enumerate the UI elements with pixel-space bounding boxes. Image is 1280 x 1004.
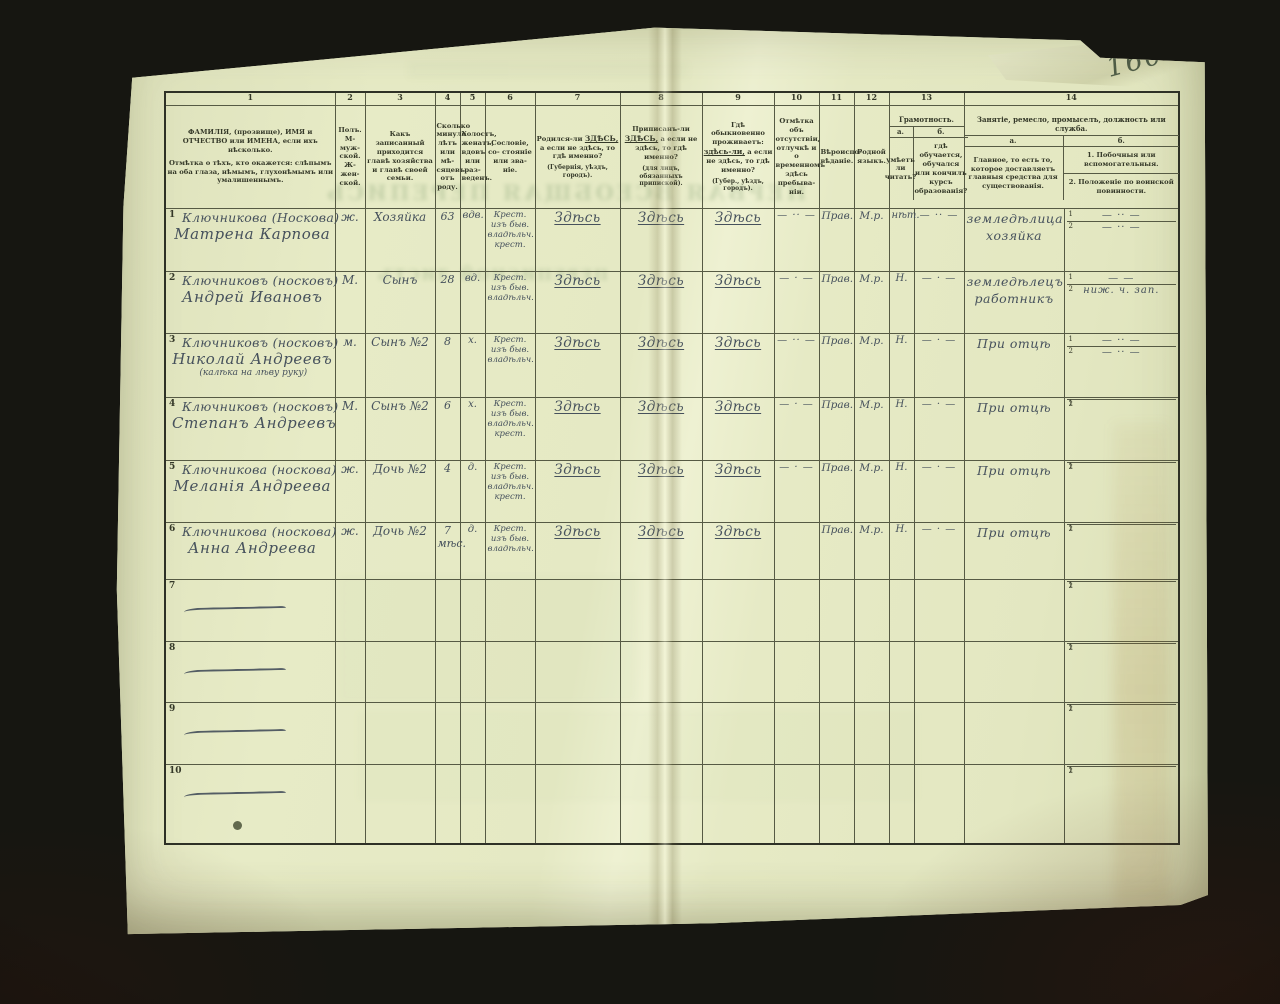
- col-num-11: 11: [819, 92, 854, 106]
- cell-estate: [485, 764, 535, 844]
- cell-birthplace: [535, 764, 620, 844]
- cell-relation: [365, 764, 435, 844]
- cell-side-occupation: 1 — — 2 ниж. ч. зап.: [1064, 271, 1179, 333]
- cell-absence-note: — · —: [774, 271, 819, 333]
- cell-registration: Здѣсь: [620, 333, 702, 397]
- military-status-box: 2 ниж. ч. зап.: [1067, 285, 1177, 296]
- cell-can-read: [889, 764, 914, 844]
- cell-registration: [620, 764, 702, 844]
- cell-absence-note: [774, 522, 819, 579]
- cell-estate: Крест. изъ быв. владѣльч. крест.: [485, 208, 535, 271]
- cell-education: — · —: [914, 460, 964, 522]
- cell-name: 1 Ключникова (Носкова) Матрена Карпова: [165, 208, 335, 271]
- cell-education: — · —: [914, 333, 964, 397]
- cell-side-occupation: 1 2: [1064, 397, 1179, 460]
- cell-sex: ж.: [335, 522, 365, 579]
- surname-line: Ключникова (носкова): [182, 524, 333, 539]
- cell-age: 28: [435, 271, 460, 333]
- sub-label-1: 1: [1069, 210, 1073, 218]
- cell-absence-note: — · —: [774, 460, 819, 522]
- cell-birthplace: Здѣсь: [535, 271, 620, 333]
- page-number-annotation: 160: [1103, 39, 1167, 84]
- cell-name: 7: [165, 579, 335, 641]
- col-num-2: 2: [335, 92, 365, 106]
- col-num-8: 8: [620, 92, 702, 106]
- cell-marital-status: х.: [460, 397, 485, 460]
- side-occupation-box: 1: [1067, 399, 1177, 400]
- cell-religion: [819, 764, 854, 844]
- crossed-out-line: [184, 668, 286, 675]
- cell-name: 9: [165, 702, 335, 764]
- column-header-registration: Приписанъ-ли ЗДѢСЬ, а если не здѣсь, то …: [620, 106, 702, 209]
- sub-label-1: 1: [1069, 273, 1073, 281]
- table-row: 4 Ключниковъ (носковъ) Степанъ Андреевъ …: [165, 397, 1179, 460]
- crossed-out-line: [184, 791, 286, 798]
- sub-label-2: 2: [1069, 644, 1073, 652]
- cell-estate: Крест. изъ быв. владѣльч.: [485, 271, 535, 333]
- surname-line: Ключниковъ (носковъ): [182, 399, 333, 414]
- cell-absence-note: [774, 764, 819, 844]
- cell-residence: [702, 702, 774, 764]
- row-number: 2: [169, 273, 175, 283]
- cell-residence: [702, 641, 774, 702]
- cell-main-occupation: земледѣлецъ работникъ: [964, 271, 1064, 333]
- cell-native-language: М.р.: [854, 522, 889, 579]
- column-header-religion: Вѣроиспо- вѣданіе.: [819, 106, 854, 209]
- cell-age: 4: [435, 460, 460, 522]
- cell-estate: Крест. изъ быв. владѣльч. крест.: [485, 397, 535, 460]
- cell-absence-note: — ·· —: [774, 208, 819, 271]
- cell-marital-status: [460, 641, 485, 702]
- given-name-line: Анна Андреева: [172, 539, 333, 557]
- row-number: 1: [169, 210, 175, 220]
- cell-main-occupation: При отцѣ: [964, 333, 1064, 397]
- cell-side-occupation: 1 2: [1064, 522, 1179, 579]
- cell-relation: Сынъ №2: [365, 397, 435, 460]
- cell-age: 6: [435, 397, 460, 460]
- column-header-estate: Сословіе, со- стояніе или зва- ніе.: [485, 106, 535, 209]
- cell-sex: ж.: [335, 460, 365, 522]
- cell-birthplace: [535, 641, 620, 702]
- col-num-6: 6: [485, 92, 535, 106]
- cell-absence-note: — ·· —: [774, 333, 819, 397]
- side-occupation-box: 1: [1067, 766, 1177, 767]
- cell-birthplace: [535, 579, 620, 641]
- column-header-row: ФАМИЛІЯ, (прозвище), ИМЯ и ОТЧЕСТВО или …: [165, 106, 1179, 209]
- cell-education: [914, 579, 964, 641]
- col-num-10: 10: [774, 92, 819, 106]
- cell-native-language: М.р.: [854, 208, 889, 271]
- side-occupation-box: 1: [1067, 462, 1177, 463]
- crossed-out-line: [184, 729, 286, 736]
- sub-label-2: 2: [1069, 767, 1073, 775]
- cell-relation: Хозяйка: [365, 208, 435, 271]
- cell-relation: Сынъ: [365, 271, 435, 333]
- table-row: 5 Ключникова (носкова) Меланія Андреева …: [165, 460, 1179, 522]
- cell-main-occupation: [964, 641, 1064, 702]
- row-number: 7: [169, 581, 175, 591]
- column-number-row: 1 2 3 4 5 6 7 8 9 10 11 12 13 14: [165, 92, 1179, 106]
- scanned-census-screenshot: ПЕРВАЯ ВСЕОБЩАЯ ПЕРЕПИСЬ ПЕРЕПИСНОЙ ЛИСТ…: [0, 0, 1280, 1004]
- ink-blot: [233, 821, 242, 830]
- cell-sex: М.: [335, 271, 365, 333]
- row-number: 4: [169, 399, 175, 409]
- column-header-language: Родной языкъ.: [854, 106, 889, 209]
- cell-side-occupation: 1 2: [1064, 641, 1179, 702]
- cell-can-read: Н.: [889, 271, 914, 333]
- cell-side-occupation: 1 — ·· — 2 — ·· —: [1064, 333, 1179, 397]
- cell-marital-status: д.: [460, 460, 485, 522]
- surname-line: Ключниковъ (носковъ): [182, 335, 333, 350]
- given-name-line: Николай Андреевъ: [172, 350, 333, 368]
- cell-age: [435, 579, 460, 641]
- col-num-7: 7: [535, 92, 620, 106]
- given-name-line: Меланія Андреева: [172, 477, 333, 495]
- cell-can-read: [889, 579, 914, 641]
- sub-label-2: 2: [1069, 400, 1073, 408]
- cell-marital-status: [460, 702, 485, 764]
- cell-estate: [485, 641, 535, 702]
- given-name-line: Матрена Карпова: [172, 225, 333, 243]
- cell-education: — · —: [914, 522, 964, 579]
- table-row: 7 1 2: [165, 579, 1179, 641]
- table-row: 8 1 2: [165, 641, 1179, 702]
- table-row: 6 Ключникова (носкова) Анна Андреева ж. …: [165, 522, 1179, 579]
- sub-label-2: 2: [1069, 582, 1073, 590]
- cell-age: [435, 702, 460, 764]
- cell-birthplace: Здѣсь: [535, 208, 620, 271]
- cell-sex: [335, 702, 365, 764]
- cell-main-occupation: При отцѣ: [964, 460, 1064, 522]
- col-num-4: 4: [435, 92, 460, 106]
- cell-native-language: [854, 641, 889, 702]
- table-row: 2 Ключниковъ (носковъ) Андрей Ивановъ М.…: [165, 271, 1179, 333]
- side-occupation-box: 1: [1067, 704, 1177, 705]
- cell-age: 7 мѣс.: [435, 522, 460, 579]
- cell-can-read: Н.: [889, 397, 914, 460]
- cell-native-language: М.р.: [854, 460, 889, 522]
- surname-line: Ключникова (Носкова): [182, 210, 333, 225]
- cell-marital-status: вд.: [460, 271, 485, 333]
- cell-residence: Здѣсь: [702, 522, 774, 579]
- cell-religion: Прав.: [819, 271, 854, 333]
- sub-label-1: 1: [1069, 335, 1073, 343]
- cell-residence: Здѣсь: [702, 271, 774, 333]
- side-occupation-box: 1: [1067, 581, 1177, 582]
- cell-name: 8: [165, 641, 335, 702]
- name-note-line: (калѣка на лѣву руку): [174, 368, 333, 378]
- cell-education: — · —: [914, 271, 964, 333]
- cell-absence-note: — · —: [774, 397, 819, 460]
- column-header-marital: Холостъ, женатъ, вдовъ или раз- веденъ.: [460, 106, 485, 209]
- side-occupation-box: 1 — ·· —: [1067, 335, 1177, 347]
- column-header-occupation: Занятіе, ремесло, промыселъ, должность и…: [964, 106, 1179, 209]
- col-num-9: 9: [702, 92, 774, 106]
- cell-religion: Прав.: [819, 397, 854, 460]
- cell-can-read: нѣт.: [889, 208, 914, 271]
- cell-relation: [365, 579, 435, 641]
- sub-label-2: 2: [1069, 525, 1073, 533]
- cell-residence: Здѣсь: [702, 333, 774, 397]
- cell-registration: Здѣсь: [620, 397, 702, 460]
- row-number: 5: [169, 462, 175, 472]
- table-row: 9 1 2: [165, 702, 1179, 764]
- cell-native-language: [854, 702, 889, 764]
- row-number: 10: [169, 766, 182, 776]
- col-num-13: 13: [889, 92, 964, 106]
- military-status-box: 2 — ·· —: [1067, 347, 1177, 358]
- cell-registration: Здѣсь: [620, 522, 702, 579]
- cell-main-occupation: [964, 702, 1064, 764]
- surname-line: Ключникова (носкова): [182, 462, 333, 477]
- cell-registration: Здѣсь: [620, 208, 702, 271]
- cell-main-occupation: При отцѣ: [964, 522, 1064, 579]
- column-header-name: ФАМИЛІЯ, (прозвище), ИМЯ и ОТЧЕСТВО или …: [165, 106, 335, 209]
- column-header-residence: Гдѣ обыкновенно проживаетъ: здѣсь-ли, а …: [702, 106, 774, 209]
- sub-label-2: 2: [1069, 347, 1073, 355]
- cell-estate: Крест. изъ быв. владѣльч. крест.: [485, 460, 535, 522]
- cell-religion: [819, 579, 854, 641]
- cell-absence-note: [774, 702, 819, 764]
- cell-estate: [485, 702, 535, 764]
- cell-can-read: [889, 702, 914, 764]
- col-num-3: 3: [365, 92, 435, 106]
- cell-residence: Здѣсь: [702, 208, 774, 271]
- cell-residence: Здѣсь: [702, 460, 774, 522]
- cell-marital-status: вдв.: [460, 208, 485, 271]
- column-header-sex: Полъ. М-муж- ской. Ж-жен- ской.: [335, 106, 365, 209]
- row-number: 6: [169, 524, 175, 534]
- census-form-page: ПЕРВАЯ ВСЕОБЩАЯ ПЕРЕПИСЬ ПЕРЕПИСНОЙ ЛИСТ…: [108, 24, 1208, 936]
- cell-residence: [702, 579, 774, 641]
- row-number: 9: [169, 704, 175, 714]
- cell-marital-status: д.: [460, 522, 485, 579]
- sub-label-2: 2: [1069, 222, 1073, 230]
- cell-age: [435, 641, 460, 702]
- sub-label-2: 2: [1069, 463, 1073, 471]
- cell-relation: Дочь №2: [365, 522, 435, 579]
- cell-birthplace: Здѣсь: [535, 522, 620, 579]
- cell-name: 6 Ключникова (носкова) Анна Андреева: [165, 522, 335, 579]
- cell-education: [914, 641, 964, 702]
- table-row: 10 1 2: [165, 764, 1179, 844]
- cell-main-occupation: земледѣлица хозяйка: [964, 208, 1064, 271]
- cell-name: 2 Ключниковъ (носковъ) Андрей Ивановъ: [165, 271, 335, 333]
- cell-relation: Сынъ №2: [365, 333, 435, 397]
- column-header-relation: Какъ записанный приходится главѣ хозяйст…: [365, 106, 435, 209]
- cell-sex: ж.: [335, 208, 365, 271]
- cell-native-language: [854, 579, 889, 641]
- cell-age: 63: [435, 208, 460, 271]
- cell-religion: [819, 641, 854, 702]
- cell-birthplace: Здѣсь: [535, 397, 620, 460]
- col-num-14: 14: [964, 92, 1179, 106]
- cell-estate: [485, 579, 535, 641]
- cell-education: [914, 702, 964, 764]
- sub-label-2: 2: [1069, 705, 1073, 713]
- bleedthrough-smudge: [408, 64, 688, 78]
- given-name-line: Андрей Ивановъ: [172, 288, 333, 306]
- cell-side-occupation: 1 2: [1064, 579, 1179, 641]
- cell-name: 4 Ключниковъ (носковъ) Степанъ Андреевъ: [165, 397, 335, 460]
- cell-age: 8: [435, 333, 460, 397]
- cell-education: [914, 764, 964, 844]
- cell-sex: [335, 764, 365, 844]
- cell-religion: [819, 702, 854, 764]
- cell-birthplace: Здѣсь: [535, 460, 620, 522]
- cell-registration: [620, 702, 702, 764]
- table-row: 3 Ключниковъ (носковъ) Николай Андреевъ …: [165, 333, 1179, 397]
- cell-sex: [335, 641, 365, 702]
- cell-name: 10: [165, 764, 335, 844]
- corner-fold-crease: [988, 36, 1213, 91]
- cell-residence: Здѣсь: [702, 397, 774, 460]
- cell-marital-status: х.: [460, 333, 485, 397]
- cell-native-language: [854, 764, 889, 844]
- cell-age: [435, 764, 460, 844]
- column-header-literacy: Грамотность. а. умѣетъ ли читать? б. гдѣ…: [889, 106, 964, 209]
- cell-marital-status: [460, 579, 485, 641]
- sub-label-2: 2: [1069, 285, 1073, 293]
- given-name-line: Степанъ Андреевъ: [172, 414, 333, 432]
- cell-main-occupation: [964, 579, 1064, 641]
- cell-name: 5 Ключникова (носкова) Меланія Андреева: [165, 460, 335, 522]
- cell-absence-note: [774, 579, 819, 641]
- row-number: 3: [169, 335, 175, 345]
- cell-education: — · —: [914, 397, 964, 460]
- column-header-absence: Отмѣтка объ отсутствіи, отлучкѣ и о врем…: [774, 106, 819, 209]
- cell-registration: [620, 579, 702, 641]
- cell-sex: М.: [335, 397, 365, 460]
- cell-religion: Прав.: [819, 460, 854, 522]
- cell-can-read: Н.: [889, 460, 914, 522]
- cell-religion: Прав.: [819, 208, 854, 271]
- cell-native-language: М.р.: [854, 271, 889, 333]
- side-occupation-box: 1 — —: [1067, 273, 1177, 285]
- cell-estate: Крест. изъ быв. владѣльч.: [485, 333, 535, 397]
- surname-line: Ключниковъ (носковъ): [182, 273, 333, 288]
- cell-sex: [335, 579, 365, 641]
- cell-religion: Прав.: [819, 333, 854, 397]
- cell-relation: Дочь №2: [365, 460, 435, 522]
- col-num-12: 12: [854, 92, 889, 106]
- side-occupation-box: 1: [1067, 643, 1177, 644]
- side-occupation-box: 1: [1067, 524, 1177, 525]
- cell-registration: Здѣсь: [620, 460, 702, 522]
- col-num-1: 1: [165, 92, 335, 106]
- cell-main-occupation: [964, 764, 1064, 844]
- cell-can-read: Н.: [889, 333, 914, 397]
- census-table: 1 2 3 4 5 6 7 8 9 10 11 12 13 14 ФАМИЛІЯ…: [164, 91, 1180, 845]
- cell-estate: Крест. изъ быв. владѣльч.: [485, 522, 535, 579]
- cell-absence-note: [774, 641, 819, 702]
- cell-side-occupation: 1 2: [1064, 702, 1179, 764]
- cell-native-language: М.р.: [854, 397, 889, 460]
- side-occupation-box: 1 — ·· —: [1067, 210, 1177, 222]
- cell-can-read: [889, 641, 914, 702]
- cell-birthplace: [535, 702, 620, 764]
- column-header-birthplace: Родился-ли ЗДѢСЬ, а если не здѣсь, то гд…: [535, 106, 620, 209]
- cell-name: 3 Ключниковъ (носковъ) Николай Андреевъ …: [165, 333, 335, 397]
- table-row: 1 Ключникова (Носкова) Матрена Карпова ж…: [165, 208, 1179, 271]
- cell-religion: Прав.: [819, 522, 854, 579]
- cell-side-occupation: 1 — ·· — 2 — ·· —: [1064, 208, 1179, 271]
- cell-birthplace: Здѣсь: [535, 333, 620, 397]
- military-status-box: 2 — ·· —: [1067, 222, 1177, 233]
- cell-registration: Здѣсь: [620, 271, 702, 333]
- cell-sex: м.: [335, 333, 365, 397]
- cell-side-occupation: 1 2: [1064, 460, 1179, 522]
- cell-can-read: Н.: [889, 522, 914, 579]
- cell-residence: [702, 764, 774, 844]
- cell-relation: [365, 702, 435, 764]
- cell-relation: [365, 641, 435, 702]
- cell-main-occupation: При отцѣ: [964, 397, 1064, 460]
- column-header-age: Сколько минуло лѣтъ или мѣ- сяцевъ отъ р…: [435, 106, 460, 209]
- cell-side-occupation: 1 2: [1064, 764, 1179, 844]
- crossed-out-line: [184, 606, 286, 613]
- row-number: 8: [169, 643, 175, 653]
- table-body: 1 Ключникова (Носкова) Матрена Карпова ж…: [165, 208, 1179, 844]
- cell-registration: [620, 641, 702, 702]
- cell-native-language: М.р.: [854, 333, 889, 397]
- cell-education: — ·· —: [914, 208, 964, 271]
- cell-marital-status: [460, 764, 485, 844]
- col-num-5: 5: [460, 92, 485, 106]
